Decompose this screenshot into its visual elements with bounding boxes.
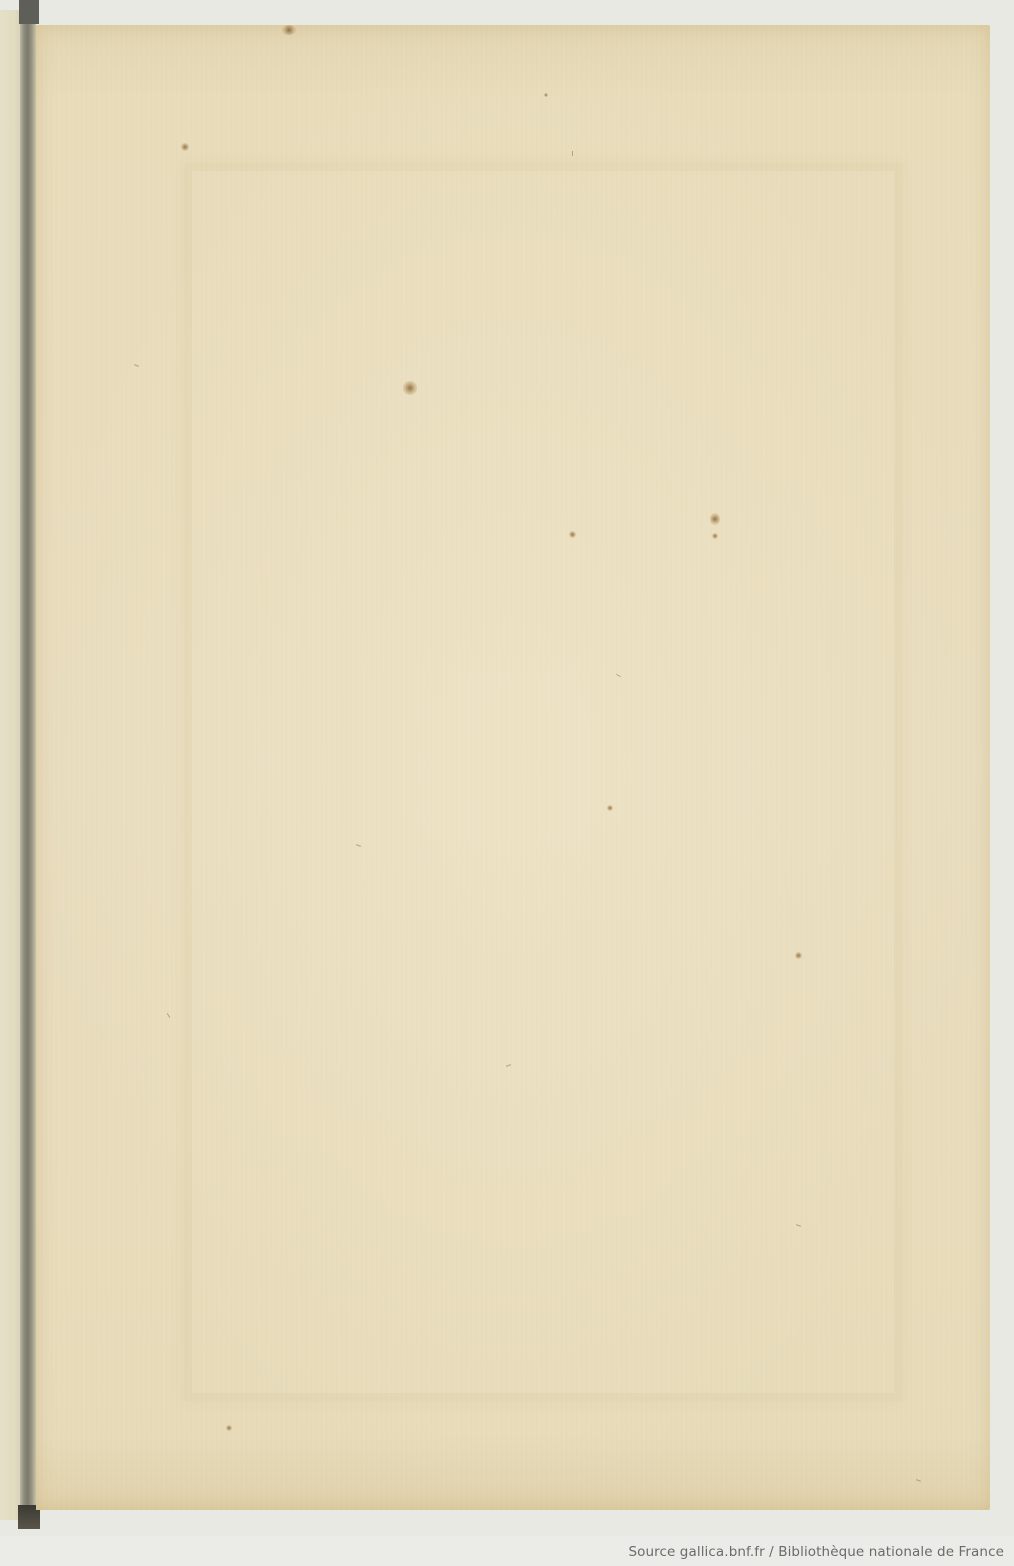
- paper-fiber: [167, 1013, 170, 1018]
- paper-fiber: [134, 364, 139, 367]
- plate-mark-frame: [184, 163, 902, 1401]
- facing-page-edge: [0, 10, 20, 1520]
- book-spine: [20, 0, 36, 1528]
- foxing-spot: [282, 25, 296, 35]
- foxing-spot: [710, 513, 720, 525]
- foxing-spot: [795, 952, 802, 959]
- foxing-spot: [181, 143, 189, 151]
- foxing-spot: [569, 531, 576, 538]
- foxing-spot: [544, 93, 548, 97]
- source-credit: Source gallica.bnf.fr / Bibliothèque nat…: [628, 1544, 1004, 1560]
- blank-page: [36, 25, 990, 1510]
- paper-fiber: [916, 1479, 921, 1482]
- foxing-spot: [712, 533, 718, 539]
- foxing-spot: [607, 805, 613, 811]
- spine-top-clip: [19, 0, 39, 24]
- foxing-spot: [403, 381, 417, 395]
- paper-fiber: [572, 151, 573, 156]
- foxing-spot: [226, 1425, 232, 1431]
